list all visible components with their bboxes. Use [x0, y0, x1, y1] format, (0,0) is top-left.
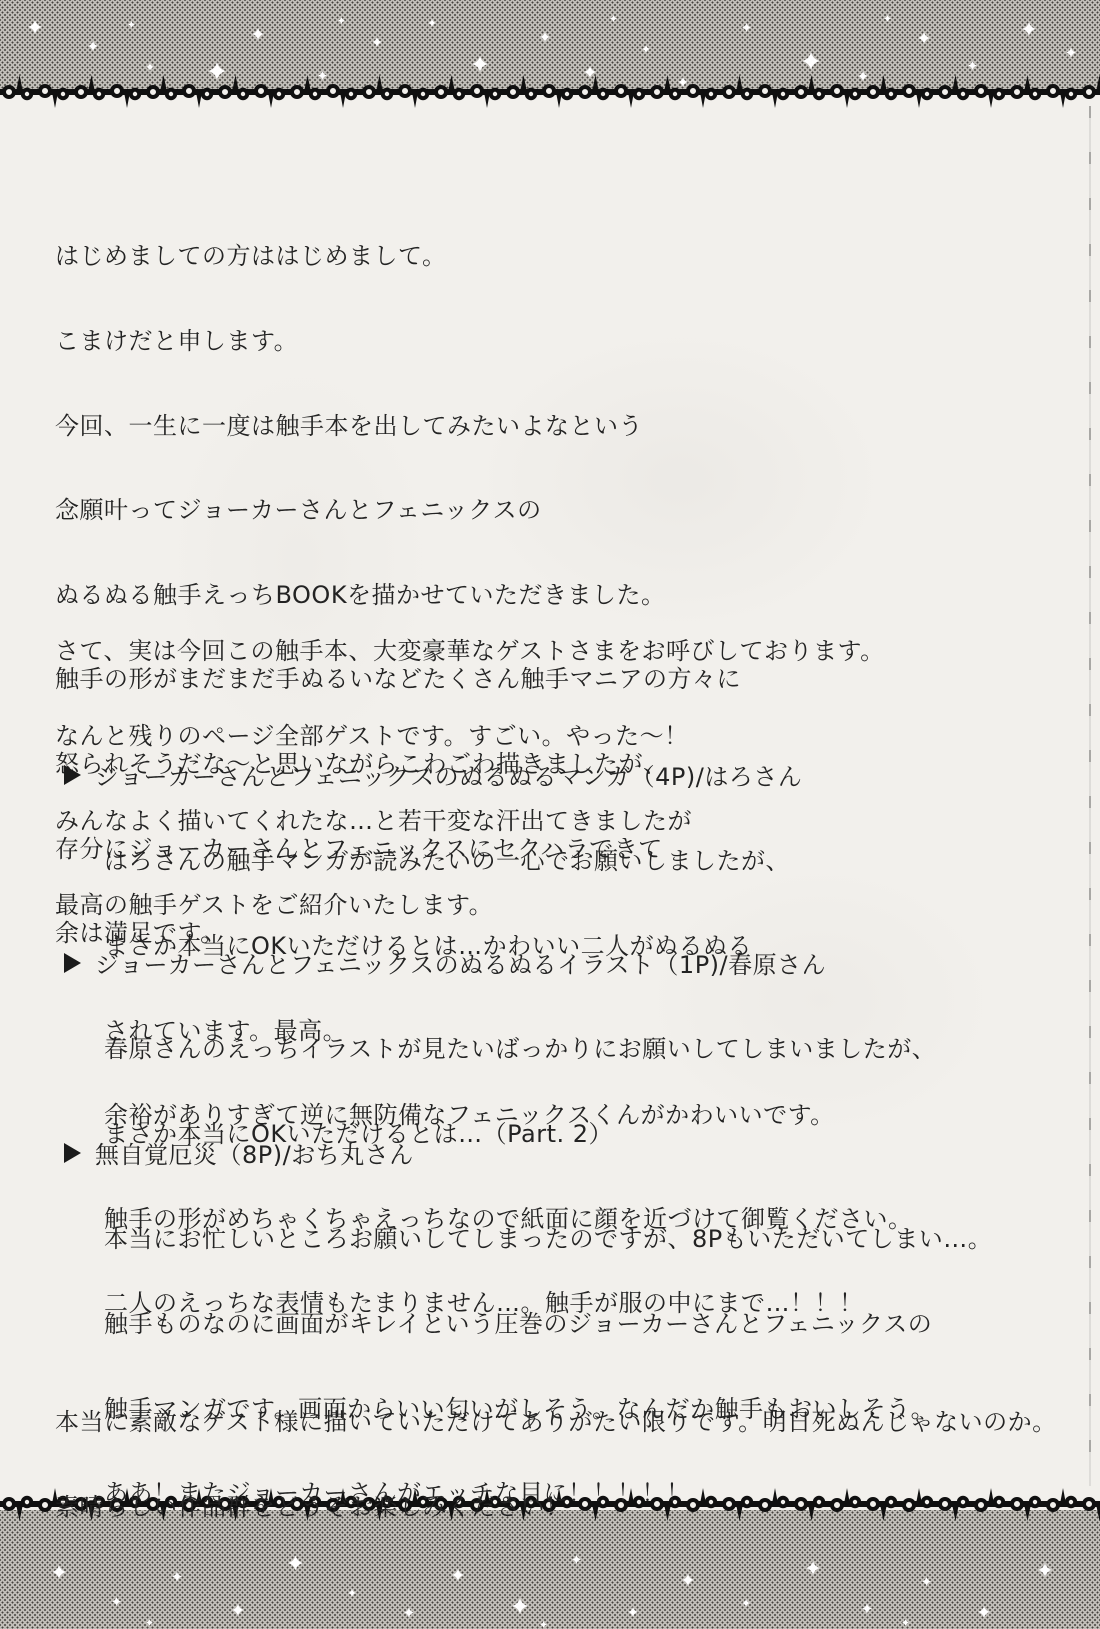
- bullet-triangle-icon: [64, 1143, 81, 1163]
- guest-entry-title: 無自覚厄災（8P)/おち丸さん: [64, 1135, 414, 1170]
- text-line: 本当にお忙しいところお願いしてしまったのですが、8Pもいただいてしまい…。: [104, 1225, 992, 1253]
- text-line: 触手ものなのに画面がキレイという圧巻のジョーカーさんとフェニックスの: [104, 1310, 992, 1338]
- text-line: 素晴らしい作品群をどうぞお楽しみください！: [55, 1493, 1057, 1521]
- bullet-triangle-icon: [64, 953, 81, 973]
- text-line: さて、実は今回この触手本、大変豪華なゲストさまをお呼びしております。: [55, 637, 885, 665]
- bullet-triangle-icon: [64, 765, 81, 785]
- guest-title-text: ジョーカーさんとフェニックスのぬるぬるマンガ（4P)/はろさん: [95, 757, 802, 792]
- text-line: 春原さんのえっちイラストが見たいばっかりにお願いしてしまいましたが、: [104, 1035, 936, 1063]
- closing-paragraph: 本当に素敵なゲスト様に描いていただけてありがたい限りです。明日死ぬんじゃないのか…: [55, 1352, 1057, 1578]
- text-line: 今回、一生に一度は触手本を出してみたいよなという: [55, 412, 741, 440]
- guest-title-text: 無自覚厄災（8P)/おち丸さん: [95, 1135, 414, 1170]
- scanned-afterword-page: はじめましての方ははじめまして。 こまけだと申します。 今回、一生に一度は触手本…: [0, 0, 1100, 1629]
- guest-entry-title: ジョーカーさんとフェニックスのぬるぬるイラスト（1P)/春原さん: [64, 945, 826, 980]
- guest-title-text: ジョーカーさんとフェニックスのぬるぬるイラスト（1P)/春原さん: [95, 945, 826, 980]
- text-line: 本当に素敵なゲスト様に描いていただけてありがたい限りです。明日死ぬんじゃないのか…: [55, 1408, 1057, 1436]
- page-edge-scan-line: [1089, 106, 1091, 1486]
- guest-entry-title: ジョーカーさんとフェニックスのぬるぬるマンガ（4P)/はろさん: [64, 757, 802, 792]
- text-line: はろさんの触手マンガが読みたいの一心でお願いしましたが、: [104, 847, 835, 875]
- text-line: 念願叶ってジョーカーさんとフェニックスの: [55, 496, 741, 524]
- text-line: こまけだと申します。: [55, 327, 741, 355]
- text-line: はじめましての方ははじめまして。: [55, 242, 741, 270]
- chain-border-top: [0, 74, 1100, 110]
- text-line: なんと残りのページ全部ゲストです。すごい。やった～！: [55, 722, 885, 750]
